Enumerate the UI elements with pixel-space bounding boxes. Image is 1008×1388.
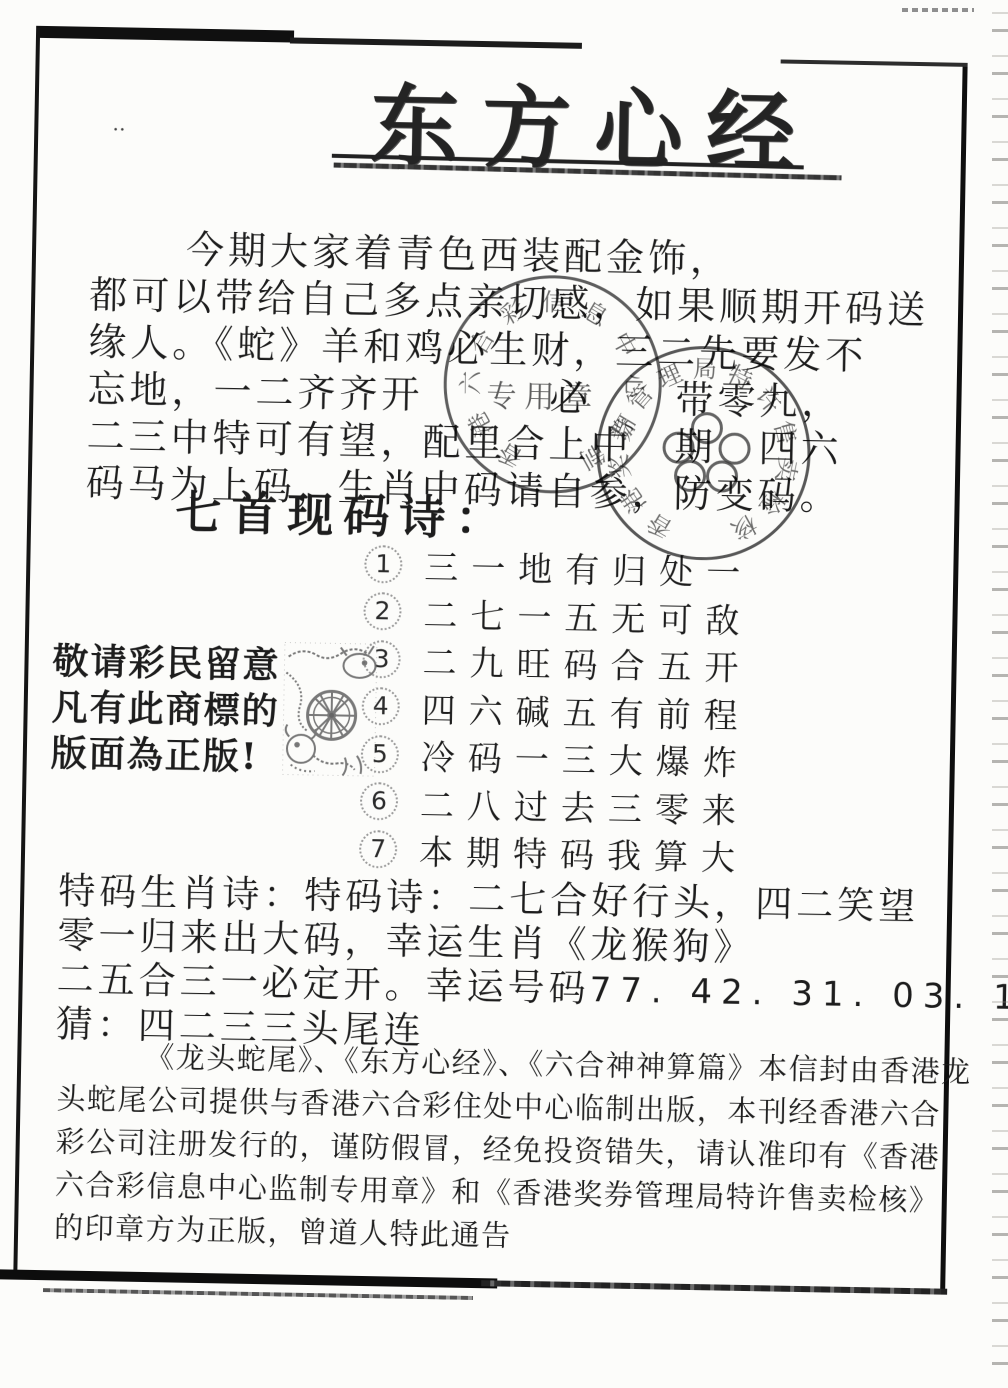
stamp-ring-char: 港 [616,482,652,518]
poem-item-text: 二九旺码合五开 [422,635,752,690]
page-frame: ‥ 东方心经 今期大家着青色西装配金饰， 都可以带给自己多点亲切感，如果顺期开码… [13,26,968,1295]
lucky-numbers-label: 二五合三一必定开。幸运号码 [56,957,590,1010]
poem-item-text: 二七一五无可敌 [423,588,753,643]
poem-item-text: 本期特码我算大 [419,825,749,880]
notice-line: 版面為正版! [50,730,279,780]
poem-item-text: 二八过去三零来 [420,778,750,833]
scan-edge-artifacts [992,0,1008,1388]
stamp-ring-char: 奖 [606,451,636,481]
poem-item: 7 本期特码我算大 [359,825,749,880]
poem-item: 5 冷码一三大爆炸 [360,730,750,785]
frame-border-right [940,67,968,1295]
stamp-ring-char: 许 [751,382,788,419]
notice-line: 敬请彩民留意 [52,638,281,688]
special-code-paragraph: 特码生肖诗：特码诗：二七合好行头，四二笑望 零一归来出大码，幸运生肖《龙猴狗》 … [55,869,948,1062]
poem-item: 4 四六碱五有前程 [361,682,751,737]
frame-border-bottom-speckle [481,1280,947,1295]
poem-item-number: 1 [364,545,403,584]
stamp-ring-char: 息 [577,296,613,332]
stamp-ring-char: 管 [622,380,659,417]
scan-corner-dots: ‥ [112,111,130,135]
poem-item-number: 7 [359,830,398,869]
footer-paragraph: 《龙头蛇尾》、《东方心经》、《六合神神算篇》本信封由香港龙 头蛇尾公司提供与香港… [54,1034,942,1265]
stamp-ring-char: 售 [769,417,801,449]
poem-item-number: 2 [363,592,402,631]
stamp-ring-char: 彩 [495,295,530,330]
scan-mark-top-right [902,8,974,12]
frame-border-bottom-echo [43,1288,473,1300]
poem-item-number: 6 [360,782,399,821]
frame-border-left [13,28,40,1276]
stamp-ring-char: 券 [607,414,639,446]
stamp-ring-char: 特 [723,360,758,395]
frame-border-bottom [0,1269,497,1288]
poem-item-text: 冷码一三大爆炸 [420,730,750,785]
authenticity-notice: 敬请彩民留意 凡有此商標的 版面為正版! [50,638,281,780]
stamp-ring-char: 核 [726,509,761,544]
goat-wheel-icon [278,638,381,780]
poem-list: 1 三一地有归处一 2 二七一五无可敌 3 二九旺码合五开 4 四六碱五有前程 … [359,540,754,880]
stamp-ring-char: 检 [753,484,789,520]
notice-line: 凡有此商標的 [51,684,280,734]
poem-heading: 七首现码诗： [175,476,512,548]
stamp-ring-char: 理 [652,359,686,393]
frame-border-top-mid [290,37,582,48]
poem-item: 2 二七一五无可敌 [363,587,753,642]
frame-border-top-thick [36,26,294,43]
poem-item: 6 二八过去三零来 [360,777,750,832]
poem-item: 3 二九旺码合五开 [362,635,752,690]
stamp-ring-char: 卖 [771,454,802,485]
poem-item-text: 四六碱五有前程 [421,683,751,738]
stamp-emblem-circle [674,460,707,493]
stamp-center-text: 专用章 [486,371,601,417]
stamp-ring-char: 合 [465,324,501,360]
stamp-ring-char: 中 [607,327,642,362]
stamp-ring-char: 香 [493,437,529,473]
stamp-ring-char: 六 [457,370,483,396]
stamp-emblem-circle [706,460,739,493]
stamp-ring-char: 香 [642,507,678,543]
stamp-ring-char: 局 [692,356,718,382]
trademark-illustration [278,638,381,780]
stamp-emblem-circle [691,412,724,445]
stamp-ring-char: 信 [541,289,567,315]
